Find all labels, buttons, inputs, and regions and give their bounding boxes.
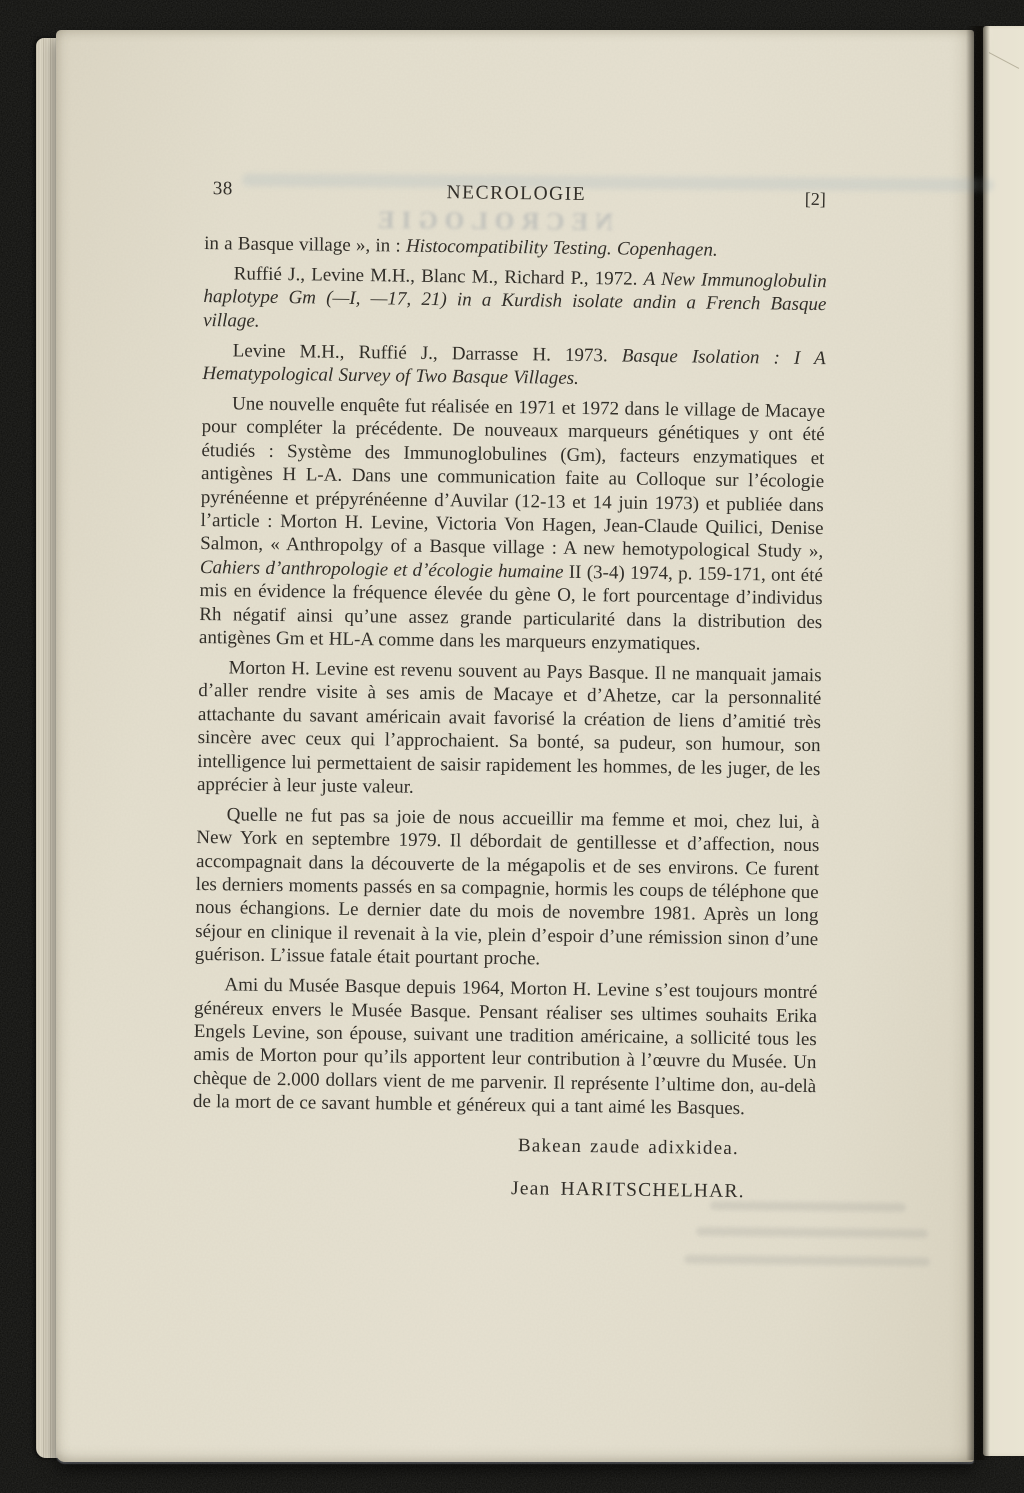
- signoff-block: Bakean zaude adixkidea. Jean HARITSCHELH…: [441, 1134, 816, 1204]
- text-block: in a Basque village », in : Histocompati…: [193, 232, 827, 1122]
- book-gutter-shadow: [966, 26, 990, 1460]
- paragraph: Quelle ne fut pas sa joie de nous accuei…: [195, 803, 820, 975]
- paragraph: Ruffié J., Levine M.H., Blanc M., Richar…: [203, 262, 827, 340]
- italic-text: Histocompatibility Testing. Copenhagen.: [406, 236, 718, 261]
- signoff-farewell: Bakean zaude adixkidea.: [441, 1134, 815, 1161]
- body-text: Morton H. Levine est revenu souvent au P…: [197, 657, 822, 797]
- paragraph: in a Basque village », in : Histocompati…: [204, 232, 827, 264]
- paragraph: Une nouvelle enquête fut réalisée en 197…: [199, 392, 825, 658]
- body-text: Ami du Musée Basque depuis 1964, Morton …: [193, 975, 818, 1120]
- page-content: 38 NECROLOGIE [2] in a Basque village »,…: [192, 178, 828, 1204]
- paragraph: Levine M.H., Ruffié J., Darrasse H. 1973…: [202, 339, 826, 394]
- body-text: Ruffié J., Levine M.H., Blanc M., Richar…: [234, 263, 644, 289]
- body-text: Levine M.H., Ruffié J., Darrasse H. 1973…: [233, 340, 622, 366]
- show-through-line: [696, 1227, 928, 1238]
- page-crease: [989, 52, 1019, 69]
- body-text: Quelle ne fut pas sa joie de nous accuei…: [195, 804, 820, 970]
- show-through-line: [684, 1255, 930, 1267]
- scanned-book-photo: NECROLOGIE 38 NECROLOGIE [2] in a Basque…: [0, 0, 1024, 1493]
- signoff-author: Jean HARITSCHELHAR.: [441, 1177, 815, 1204]
- book-page: NECROLOGIE 38 NECROLOGIE [2] in a Basque…: [56, 30, 974, 1462]
- body-text: Une nouvelle enquête fut réalisée en 197…: [200, 393, 825, 562]
- paragraph: Morton H. Levine est revenu souvent au P…: [197, 656, 822, 805]
- body-text: in a Basque village », in :: [204, 233, 406, 257]
- italic-text: Cahiers d’anthropologie et d’écologie hu…: [200, 557, 564, 583]
- page-reference: [2]: [805, 189, 826, 210]
- paragraph: Ami du Musée Basque depuis 1964, Morton …: [193, 973, 818, 1122]
